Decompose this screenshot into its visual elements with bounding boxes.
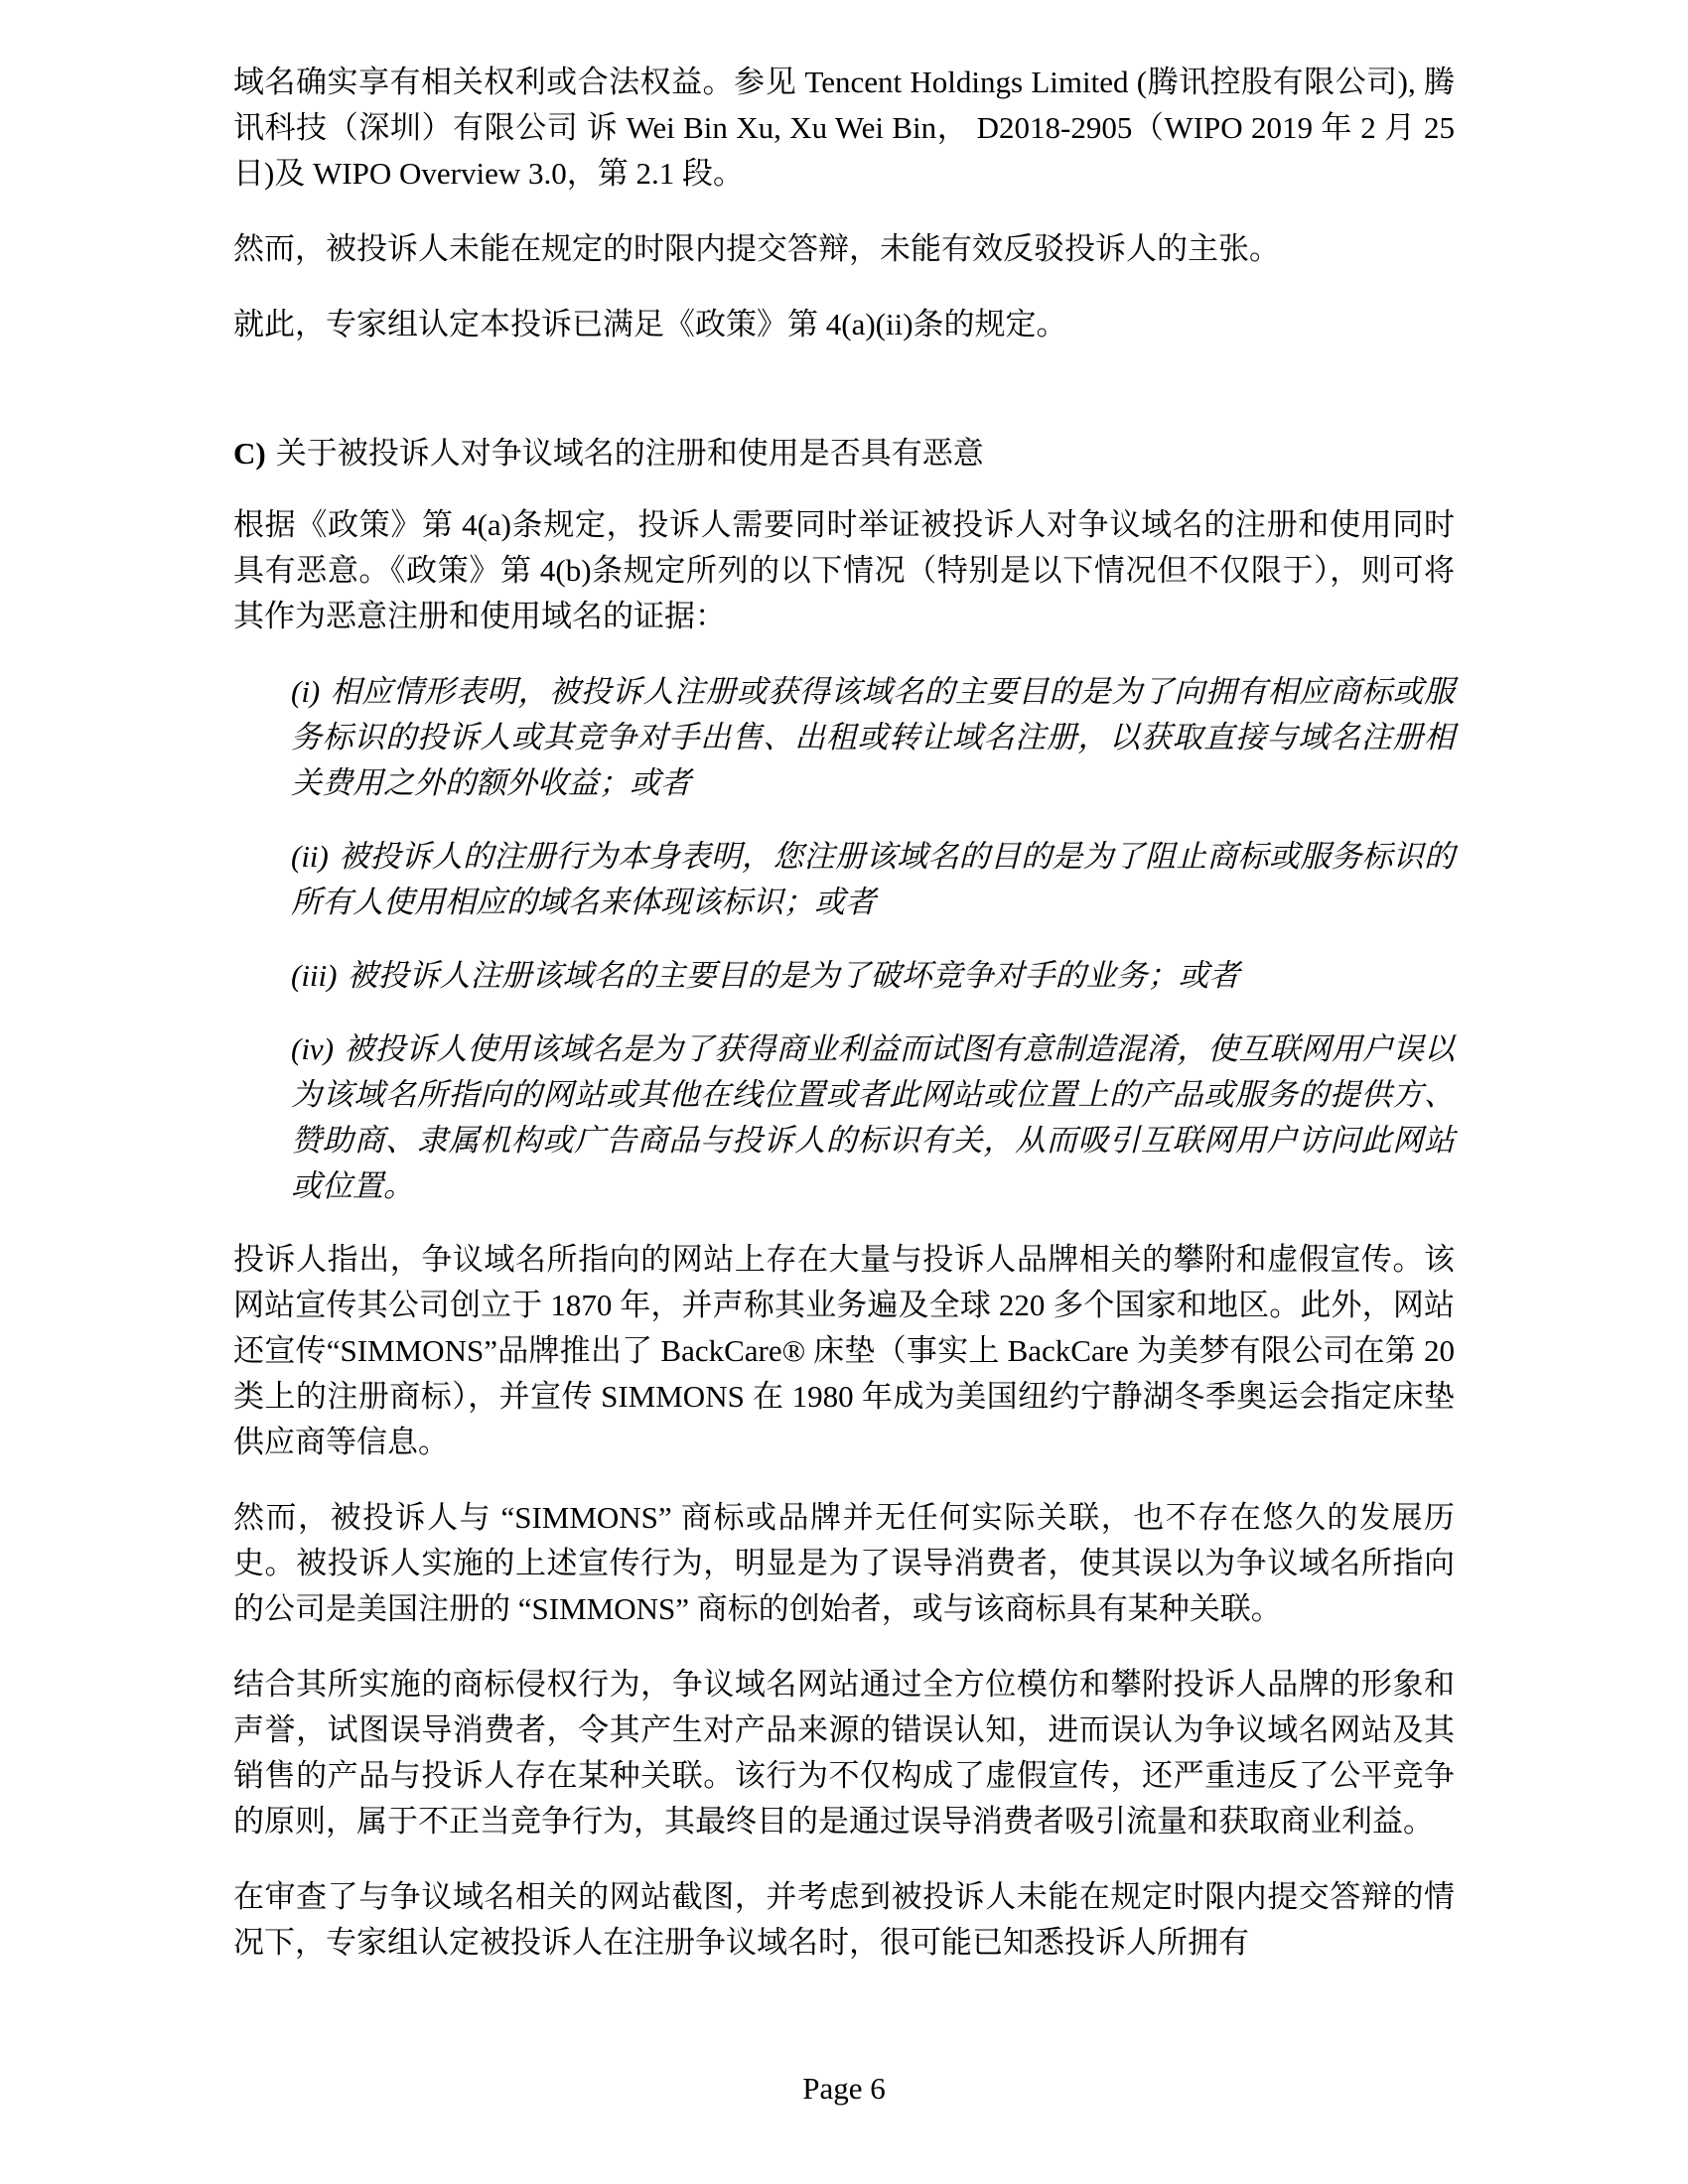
list-item-i: (i)相应情形表明，被投诉人注册或获得该域名的主要目的是为了向拥有相应商标或服务… — [291, 669, 1455, 806]
list-item-ii: (ii)被投诉人的注册行为本身表明，您注册该域名的目的是为了阻止商标或服务标识的… — [291, 834, 1455, 925]
list-text-i: 相应情形表明，被投诉人注册或获得该域名的主要目的是为了向拥有相应商标或服务标识的… — [291, 674, 1455, 800]
list-marker-iv: (iv) — [291, 1031, 334, 1066]
list-item-iii: (iii)被投诉人注册该域名的主要目的是为了破坏竞争对手的业务；或者 — [291, 953, 1455, 999]
document-content: 域名确实享有相关权利或合法权益。参见 Tencent Holdings Limi… — [233, 60, 1455, 1995]
document-page: 域名确实享有相关权利或合法权益。参见 Tencent Holdings Limi… — [0, 0, 1688, 2184]
paragraph-policy-4aii-finding: 就此，专家组认定本投诉已满足《政策》第 4(a)(ii)条的规定。 — [233, 302, 1455, 347]
paragraph-no-actual-connection: 然而，被投诉人与 “SIMMONS” 商标或品牌并无任何实际关联，也不存在悠久的… — [233, 1495, 1455, 1632]
paragraph-panel-finding: 在审查了与争议域名相关的网站截图，并考虑到被投诉人未能在规定时限内提交答辩的情况… — [233, 1874, 1455, 1966]
heading-bad-faith-section: C)关于被投诉人对争议域名的注册和使用是否具有恶意 — [233, 431, 1455, 477]
heading-label: C) — [233, 436, 266, 471]
paragraph-policy-4b-intro: 根据《政策》第 4(a)条规定，投诉人需要同时举证被投诉人对争议域名的注册和使用… — [233, 502, 1455, 639]
list-marker-ii: (ii) — [291, 839, 329, 874]
page-number: Page 6 — [0, 2069, 1688, 2109]
list-marker-iii: (iii) — [291, 958, 338, 993]
paragraph-no-response: 然而，被投诉人未能在规定的时限内提交答辩，未能有效反驳投诉人的主张。 — [233, 226, 1455, 272]
list-text-ii: 被投诉人的注册行为本身表明，您注册该域名的目的是为了阻止商标或服务标识的所有人使… — [291, 839, 1455, 919]
paragraph-complainant-allegations: 投诉人指出，争议域名所指向的网站上存在大量与投诉人品牌相关的攀附和虚假宣传。该网… — [233, 1237, 1455, 1465]
paragraph-unfair-competition: 结合其所实施的商标侵权行为，争议域名网站通过全方位模仿和攀附投诉人品牌的形象和声… — [233, 1662, 1455, 1844]
list-text-iv: 被投诉人使用该域名是为了获得商业利益而试图有意制造混淆，使互联网用户误以为该域名… — [291, 1031, 1455, 1203]
list-item-iv: (iv)被投诉人使用该域名是为了获得商业利益而试图有意制造混淆，使互联网用户误以… — [291, 1026, 1455, 1209]
list-text-iii: 被投诉人注册该域名的主要目的是为了破坏竞争对手的业务；或者 — [348, 958, 1240, 993]
heading-text: 关于被投诉人对争议域名的注册和使用是否具有恶意 — [276, 436, 984, 471]
paragraph-rights-conclusion: 域名确实享有相关权利或合法权益。参见 Tencent Holdings Limi… — [233, 60, 1455, 197]
bad-faith-criteria-list: (i)相应情形表明，被投诉人注册或获得该域名的主要目的是为了向拥有相应商标或服务… — [291, 669, 1455, 1209]
list-marker-i: (i) — [291, 674, 320, 709]
